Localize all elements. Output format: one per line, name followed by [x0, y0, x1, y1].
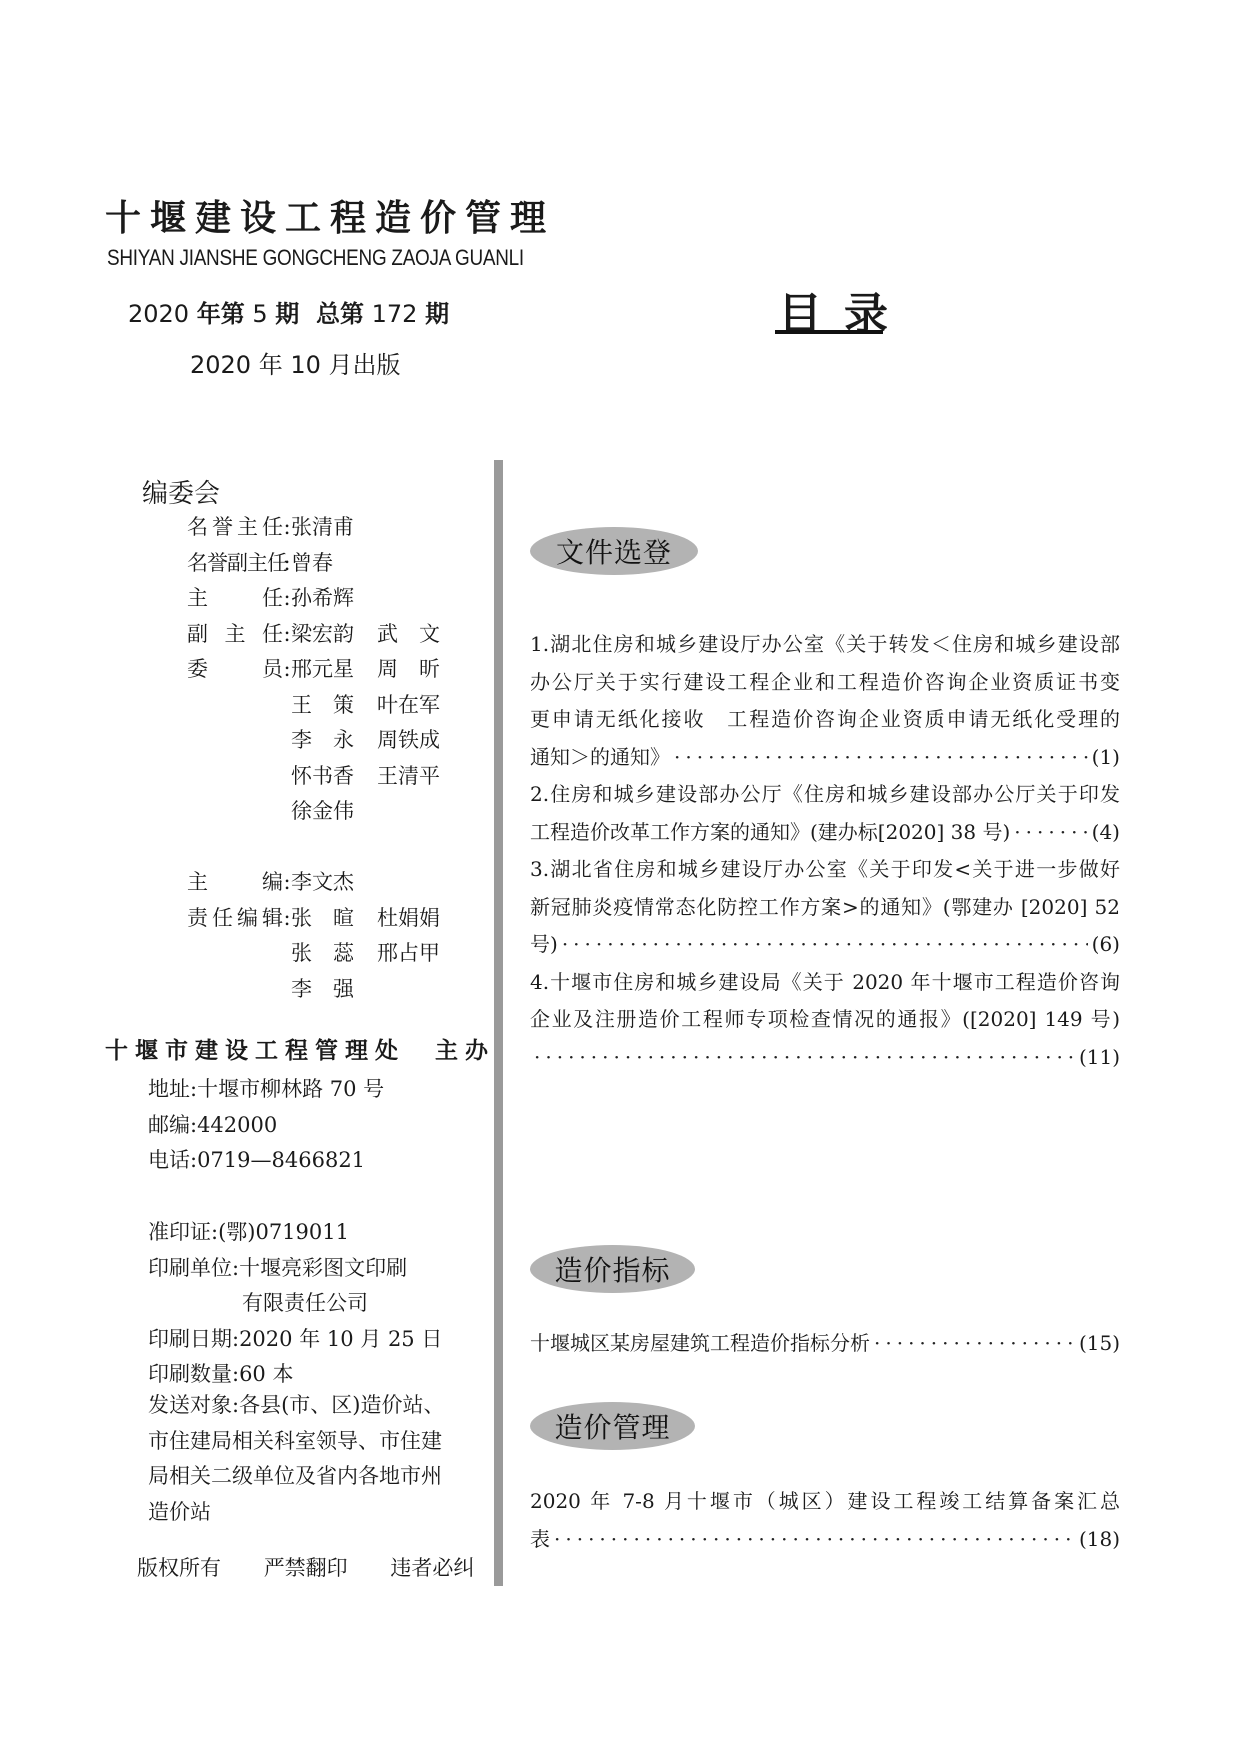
toc-page-number: (4) — [1092, 814, 1120, 852]
copyright-2: 严禁翻印 — [264, 1556, 348, 1580]
toc-entry-last-line: 号)······································… — [530, 926, 1120, 964]
toc-entry[interactable]: 2020 年 7-8 月十堰市（城区）建设工程竣工结算备案汇总表········… — [530, 1483, 1120, 1558]
toc-leader-dots: ········································… — [534, 1039, 1075, 1077]
board-colon: : — [283, 901, 291, 937]
editorial-board-list: 名誉主任:张清甫名誉副主任:曾春主任:孙希辉副主任:梁宏韵武 文委员:邢元星周 … — [187, 510, 457, 1007]
printer-line1: 印刷单位:十堰亮彩图文印刷 — [148, 1251, 442, 1287]
toc-page-number: (18) — [1079, 1521, 1120, 1559]
toc-entry-line: 企业及注册造价工程师专项检查情况的通报》([2020] 149 号) — [530, 1001, 1120, 1039]
toc-entry-line: 2020 年 7-8 月十堰市（城区）建设工程竣工结算备案汇总 — [530, 1483, 1120, 1521]
printer-line2: 有限责任公司 — [148, 1286, 442, 1322]
board-member-name: 梁宏韵 — [291, 617, 377, 653]
issue-number-suffix: 期 总第 — [275, 299, 364, 328]
issue-total-suffix: 期 — [425, 299, 449, 328]
toc-entry[interactable]: 3.湖北省住房和城乡建设厅办公室《关于印发<关于进一步做好新冠肺炎疫情常态化防控… — [530, 851, 1120, 964]
board-member-name: 张 暄 — [291, 901, 377, 937]
toc-page-number: (15) — [1079, 1325, 1120, 1363]
board-member-name: 王 策 — [291, 688, 377, 724]
board-member-name: 李 永 — [291, 723, 377, 759]
board-colon: : — [283, 865, 291, 901]
issue-info: 2020 年第 5 期 总第 172 期 — [128, 294, 449, 329]
board-member-name: 周铁成 — [377, 723, 457, 759]
board-role — [187, 936, 283, 972]
section-heading-documents: 文件选登 — [530, 527, 698, 575]
toc-entry-last-line: 十堰城区某房屋建筑工程造价指标分析·······················… — [530, 1325, 1120, 1363]
board-member-name: 周 昕 — [377, 652, 457, 688]
toc-entry-text: 工程造价改革工作方案的通知》(建办标[2020] 38 号) — [530, 814, 1010, 852]
copyright-1: 版权所有 — [137, 1556, 221, 1580]
board-member-name: 武 文 — [377, 617, 457, 653]
board-member-name: 孙希辉 — [291, 581, 377, 617]
board-row: 名誉副主任:曾春 — [187, 546, 457, 582]
board-colon: : — [283, 652, 291, 688]
toc-leader-dots: ········································… — [674, 739, 1088, 777]
board-role: 主编 — [187, 865, 283, 901]
copyright-notice: 版权所有 严禁翻印 违者必纠 — [137, 1552, 496, 1582]
toc-entry-text: 表 — [530, 1521, 550, 1559]
toc-section-cost-management: 2020 年 7-8 月十堰市（城区）建设工程竣工结算备案汇总表········… — [530, 1483, 1120, 1558]
board-row: 徐金伟 — [187, 794, 457, 830]
board-row: 主编:李文杰 — [187, 865, 457, 901]
toc-page-number: (1) — [1092, 739, 1120, 777]
board-member-name: 李文杰 — [291, 865, 377, 901]
phone: 电话:0719—8466821 — [148, 1143, 384, 1179]
board-member-name: 怀书香 — [291, 759, 377, 795]
board-row: 委员:邢元星周 昕 — [187, 652, 457, 688]
print-permit: 准印证:(鄂)0719011 — [148, 1215, 442, 1251]
toc-entry-line: 新冠肺炎疫情常态化防控工作方案>的通知》(鄂建办 [2020] 52 — [530, 889, 1120, 927]
board-member-name: 徐金伟 — [291, 794, 377, 830]
copyright-3: 违者必纠 — [390, 1556, 474, 1580]
toc-entry-last-line: 通知＞的通知》·································… — [530, 739, 1120, 777]
toc-heading-underline — [775, 330, 883, 334]
toc-entry-line: 3.湖北省住房和城乡建设厅办公室《关于印发<关于进一步做好 — [530, 851, 1120, 889]
board-row: 张 蕊邢占甲 — [187, 936, 457, 972]
toc-entry-line: 2.住房和城乡建设部办公厅《住房和城乡建设部办公厅关于印发 — [530, 776, 1120, 814]
board-member-name: 叶在军 — [377, 688, 457, 724]
toc-entry-last-line: ········································… — [530, 1039, 1120, 1077]
toc-leader-dots: ········································… — [562, 926, 1088, 964]
board-role — [187, 688, 283, 724]
board-colon: : — [283, 546, 291, 582]
column-divider — [494, 460, 503, 1586]
board-role — [187, 830, 283, 866]
board-role — [187, 723, 283, 759]
board-row: 责任编辑:张 暄杜娟娟 — [187, 901, 457, 937]
issue-number: 5 — [252, 300, 267, 328]
board-row: 怀书香王清平 — [187, 759, 457, 795]
board-role — [187, 794, 283, 830]
contact-info: 地址:十堰市柳林路 70 号 邮编:442000 电话:0719—8466821 — [148, 1072, 384, 1179]
toc-page-number: (6) — [1092, 926, 1120, 964]
toc-entry[interactable]: 1.湖北住房和城乡建设厅办公室《关于转发＜住房和城乡建设部办公厅关于实行建设工程… — [530, 626, 1120, 776]
section-heading-cost-management: 造价管理 — [530, 1402, 695, 1450]
board-role: 主任 — [187, 581, 283, 617]
board-row: 王 策叶在军 — [187, 688, 457, 724]
board-member-name: 张清甫 — [291, 510, 377, 546]
board-member-name: 邢占甲 — [377, 936, 457, 972]
issue-total: 172 — [372, 300, 418, 328]
toc-entry-last-line: 表·······································… — [530, 1521, 1120, 1559]
board-role: 名誉主任 — [187, 510, 283, 546]
toc-entry[interactable]: 2.住房和城乡建设部办公厅《住房和城乡建设部办公厅关于印发工程造价改革工作方案的… — [530, 776, 1120, 851]
board-row: 李 永周铁成 — [187, 723, 457, 759]
journal-pinyin: SHIYAN JIANSHE GONGCHENG ZAOJA GUANLI — [107, 245, 524, 271]
board-colon: : — [283, 581, 291, 617]
board-colon — [283, 830, 291, 866]
board-colon — [283, 794, 291, 830]
toc-section-documents: 1.湖北住房和城乡建设厅办公室《关于转发＜住房和城乡建设部办公厅关于实行建设工程… — [530, 626, 1120, 1076]
board-role: 责任编辑 — [187, 901, 283, 937]
board-member-name: 王清平 — [377, 759, 457, 795]
toc-entry-line: 办公厅关于实行建设工程企业和工程造价咨询企业资质证书变 — [530, 664, 1120, 702]
issue-year-suffix: 年第 — [197, 299, 245, 328]
board-role — [187, 759, 283, 795]
board-member-name: 曾春 — [291, 546, 377, 582]
organizer: 十堰市建设工程管理处 主办 — [105, 1032, 495, 1065]
toc-leader-dots: ········································… — [554, 1521, 1075, 1559]
board-colon — [283, 936, 291, 972]
print-date: 印刷日期:2020 年 10 月 25 日 — [148, 1322, 442, 1358]
toc-entry-last-line: 工程造价改革工作方案的通知》(建办标[2020] 38 号)··········… — [530, 814, 1120, 852]
postcode: 邮编:442000 — [148, 1108, 384, 1144]
printing-info: 准印证:(鄂)0719011 印刷单位:十堰亮彩图文印刷 有限责任公司 印刷日期… — [148, 1215, 442, 1393]
board-row: 名誉主任:张清甫 — [187, 510, 457, 546]
toc-entry[interactable]: 4.十堰市住房和城乡建设局《关于 2020 年十堰市工程造价咨询企业及注册造价工… — [530, 964, 1120, 1077]
board-row — [187, 830, 457, 866]
toc-entry[interactable]: 十堰城区某房屋建筑工程造价指标分析·······················… — [530, 1325, 1120, 1363]
toc-entry-line: 更申请无纸化接收 工程造价咨询企业资质申请无纸化受理的 — [530, 701, 1120, 739]
board-role: 副主任 — [187, 617, 283, 653]
section-heading-cost-indicators: 造价指标 — [530, 1245, 695, 1293]
toc-section-cost-indicators: 十堰城区某房屋建筑工程造价指标分析·······················… — [530, 1325, 1120, 1363]
board-row: 副主任:梁宏韵武 文 — [187, 617, 457, 653]
board-role — [187, 972, 283, 1008]
issue-year: 2020 — [128, 300, 189, 328]
toc-page-number: (11) — [1079, 1039, 1120, 1077]
board-role: 委员 — [187, 652, 283, 688]
board-member-name: 杜娟娟 — [377, 901, 457, 937]
board-colon — [283, 759, 291, 795]
editorial-board-heading: 编委会 — [142, 473, 220, 510]
publish-date: 2020 年 10 月出版 — [190, 345, 401, 380]
toc-leader-dots: ········································… — [1014, 814, 1087, 852]
board-colon: : — [283, 510, 291, 546]
board-colon — [283, 723, 291, 759]
distribution: 发送对象:各县(市、区)造价站、市住建局相关科室领导、市住建局相关二级单位及省内… — [148, 1388, 448, 1530]
address: 地址:十堰市柳林路 70 号 — [148, 1072, 384, 1108]
toc-entry-text: 通知＞的通知》 — [530, 739, 670, 777]
board-member-name: 邢元星 — [291, 652, 377, 688]
board-colon: : — [283, 617, 291, 653]
toc-entry-line: 4.十堰市住房和城乡建设局《关于 2020 年十堰市工程造价咨询 — [530, 964, 1120, 1002]
toc-entry-text: 号) — [530, 926, 558, 964]
board-member-name: 张 蕊 — [291, 936, 377, 972]
toc-entry-line: 1.湖北住房和城乡建设厅办公室《关于转发＜住房和城乡建设部 — [530, 626, 1120, 664]
board-colon — [283, 972, 291, 1008]
board-role: 名誉副主任 — [187, 546, 283, 582]
toc-entry-text: 十堰城区某房屋建筑工程造价指标分析 — [530, 1325, 870, 1363]
journal-title: 十堰建设工程造价管理 — [105, 190, 555, 241]
board-member-name: 李 强 — [291, 972, 377, 1008]
toc-leader-dots: ········································… — [874, 1325, 1075, 1363]
board-row: 李 强 — [187, 972, 457, 1008]
board-colon — [283, 688, 291, 724]
board-row: 主任:孙希辉 — [187, 581, 457, 617]
